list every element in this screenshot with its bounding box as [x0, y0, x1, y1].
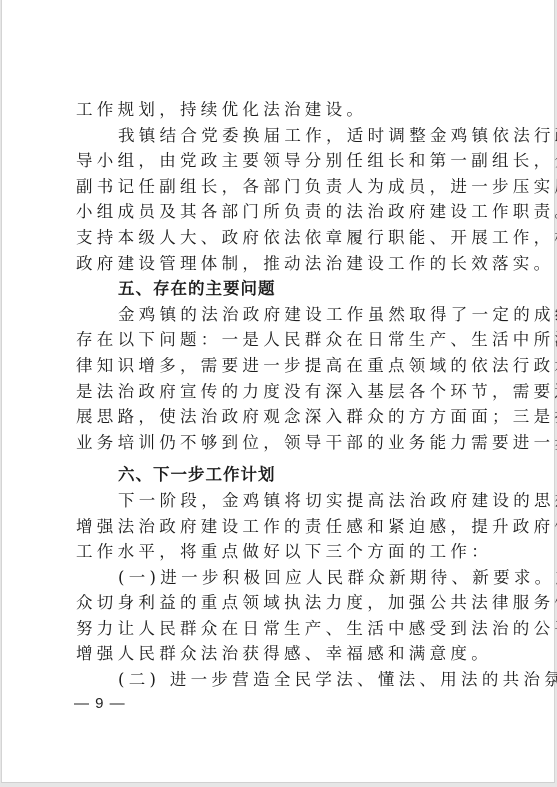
- paragraph-line: (二) 进一步营造全民学法、懂法、用法的共治氛围。充分: [76, 667, 482, 693]
- paragraph-line: 我镇结合党委换届工作，适时调整金鸡镇依法行政工作领: [76, 123, 482, 149]
- paragraph-line: 副书记任副组长，各部门负责人为成员，进一步压实压紧领导: [76, 174, 482, 200]
- page-number: — 9 —: [74, 695, 126, 712]
- paragraph-line: 增强人民群众法治获得感、幸福感和满意度。: [76, 641, 482, 667]
- paragraph-line: 展思路，使法治政府观念深入群众的方方面面；三是执法队伍: [76, 404, 482, 430]
- document-body: 工作规划，持续优化法治建设。 我镇结合党委换届工作，适时调整金鸡镇依法行政工作领…: [76, 97, 482, 693]
- paragraph-line: 存在以下问题：一是人民群众在日常生产、生活中所涉及的法: [76, 327, 482, 353]
- document-page: 工作规划，持续优化法治建设。 我镇结合党委换届工作，适时调整金鸡镇依法行政工作领…: [1, 0, 555, 783]
- section-heading-next-plan: 六、下一步工作计划: [76, 462, 482, 488]
- paragraph-line: 工作规划，持续优化法治建设。: [76, 97, 482, 123]
- paragraph-line: 支持本级人大、政府依法依章履行职能、开展工作，构建法治: [76, 225, 482, 251]
- paragraph-line: 增强法治政府建设工作的责任感和紧迫感，提升政府依法行政: [76, 514, 482, 540]
- paragraph-line: 导小组，由党政主要领导分别任组长和第一副组长，分管政法: [76, 148, 482, 174]
- paragraph-line: 是法治政府宣传的力度没有深入基层各个环节，需要进一步拓: [76, 379, 482, 405]
- paragraph-line: 工作水平，将重点做好以下三个方面的工作：: [76, 539, 482, 565]
- section-heading-problems: 五、存在的主要问题: [76, 276, 482, 302]
- paragraph-line: 业务培训仍不够到位，领导干部的业务能力需要进一步加强。: [76, 430, 482, 456]
- paragraph-line: 政府建设管理体制，推动法治建设工作的长效落实。: [76, 251, 482, 277]
- paragraph-line: 努力让人民群众在日常生产、生活中感受到法治的公平正义，: [76, 616, 482, 642]
- paragraph-line: 金鸡镇的法治政府建设工作虽然取得了一定的成绩，但仍: [76, 302, 482, 328]
- paragraph-line: 众切身利益的重点领域执法力度，加强公共法律服务体系建设，: [76, 590, 482, 616]
- paragraph-line: 律知识增多，需要进一步提高在重点领域的依法行政水平；二: [76, 353, 482, 379]
- paragraph-line: (一)进一步积极回应人民群众新期待、新要求。加大关系群: [76, 565, 482, 591]
- paragraph-line: 下一阶段，金鸡镇将切实提高法治政府建设的思想认识，: [76, 488, 482, 514]
- paragraph-line: 小组成员及其各部门所负责的法治政府建设工作职责。同时，: [76, 199, 482, 225]
